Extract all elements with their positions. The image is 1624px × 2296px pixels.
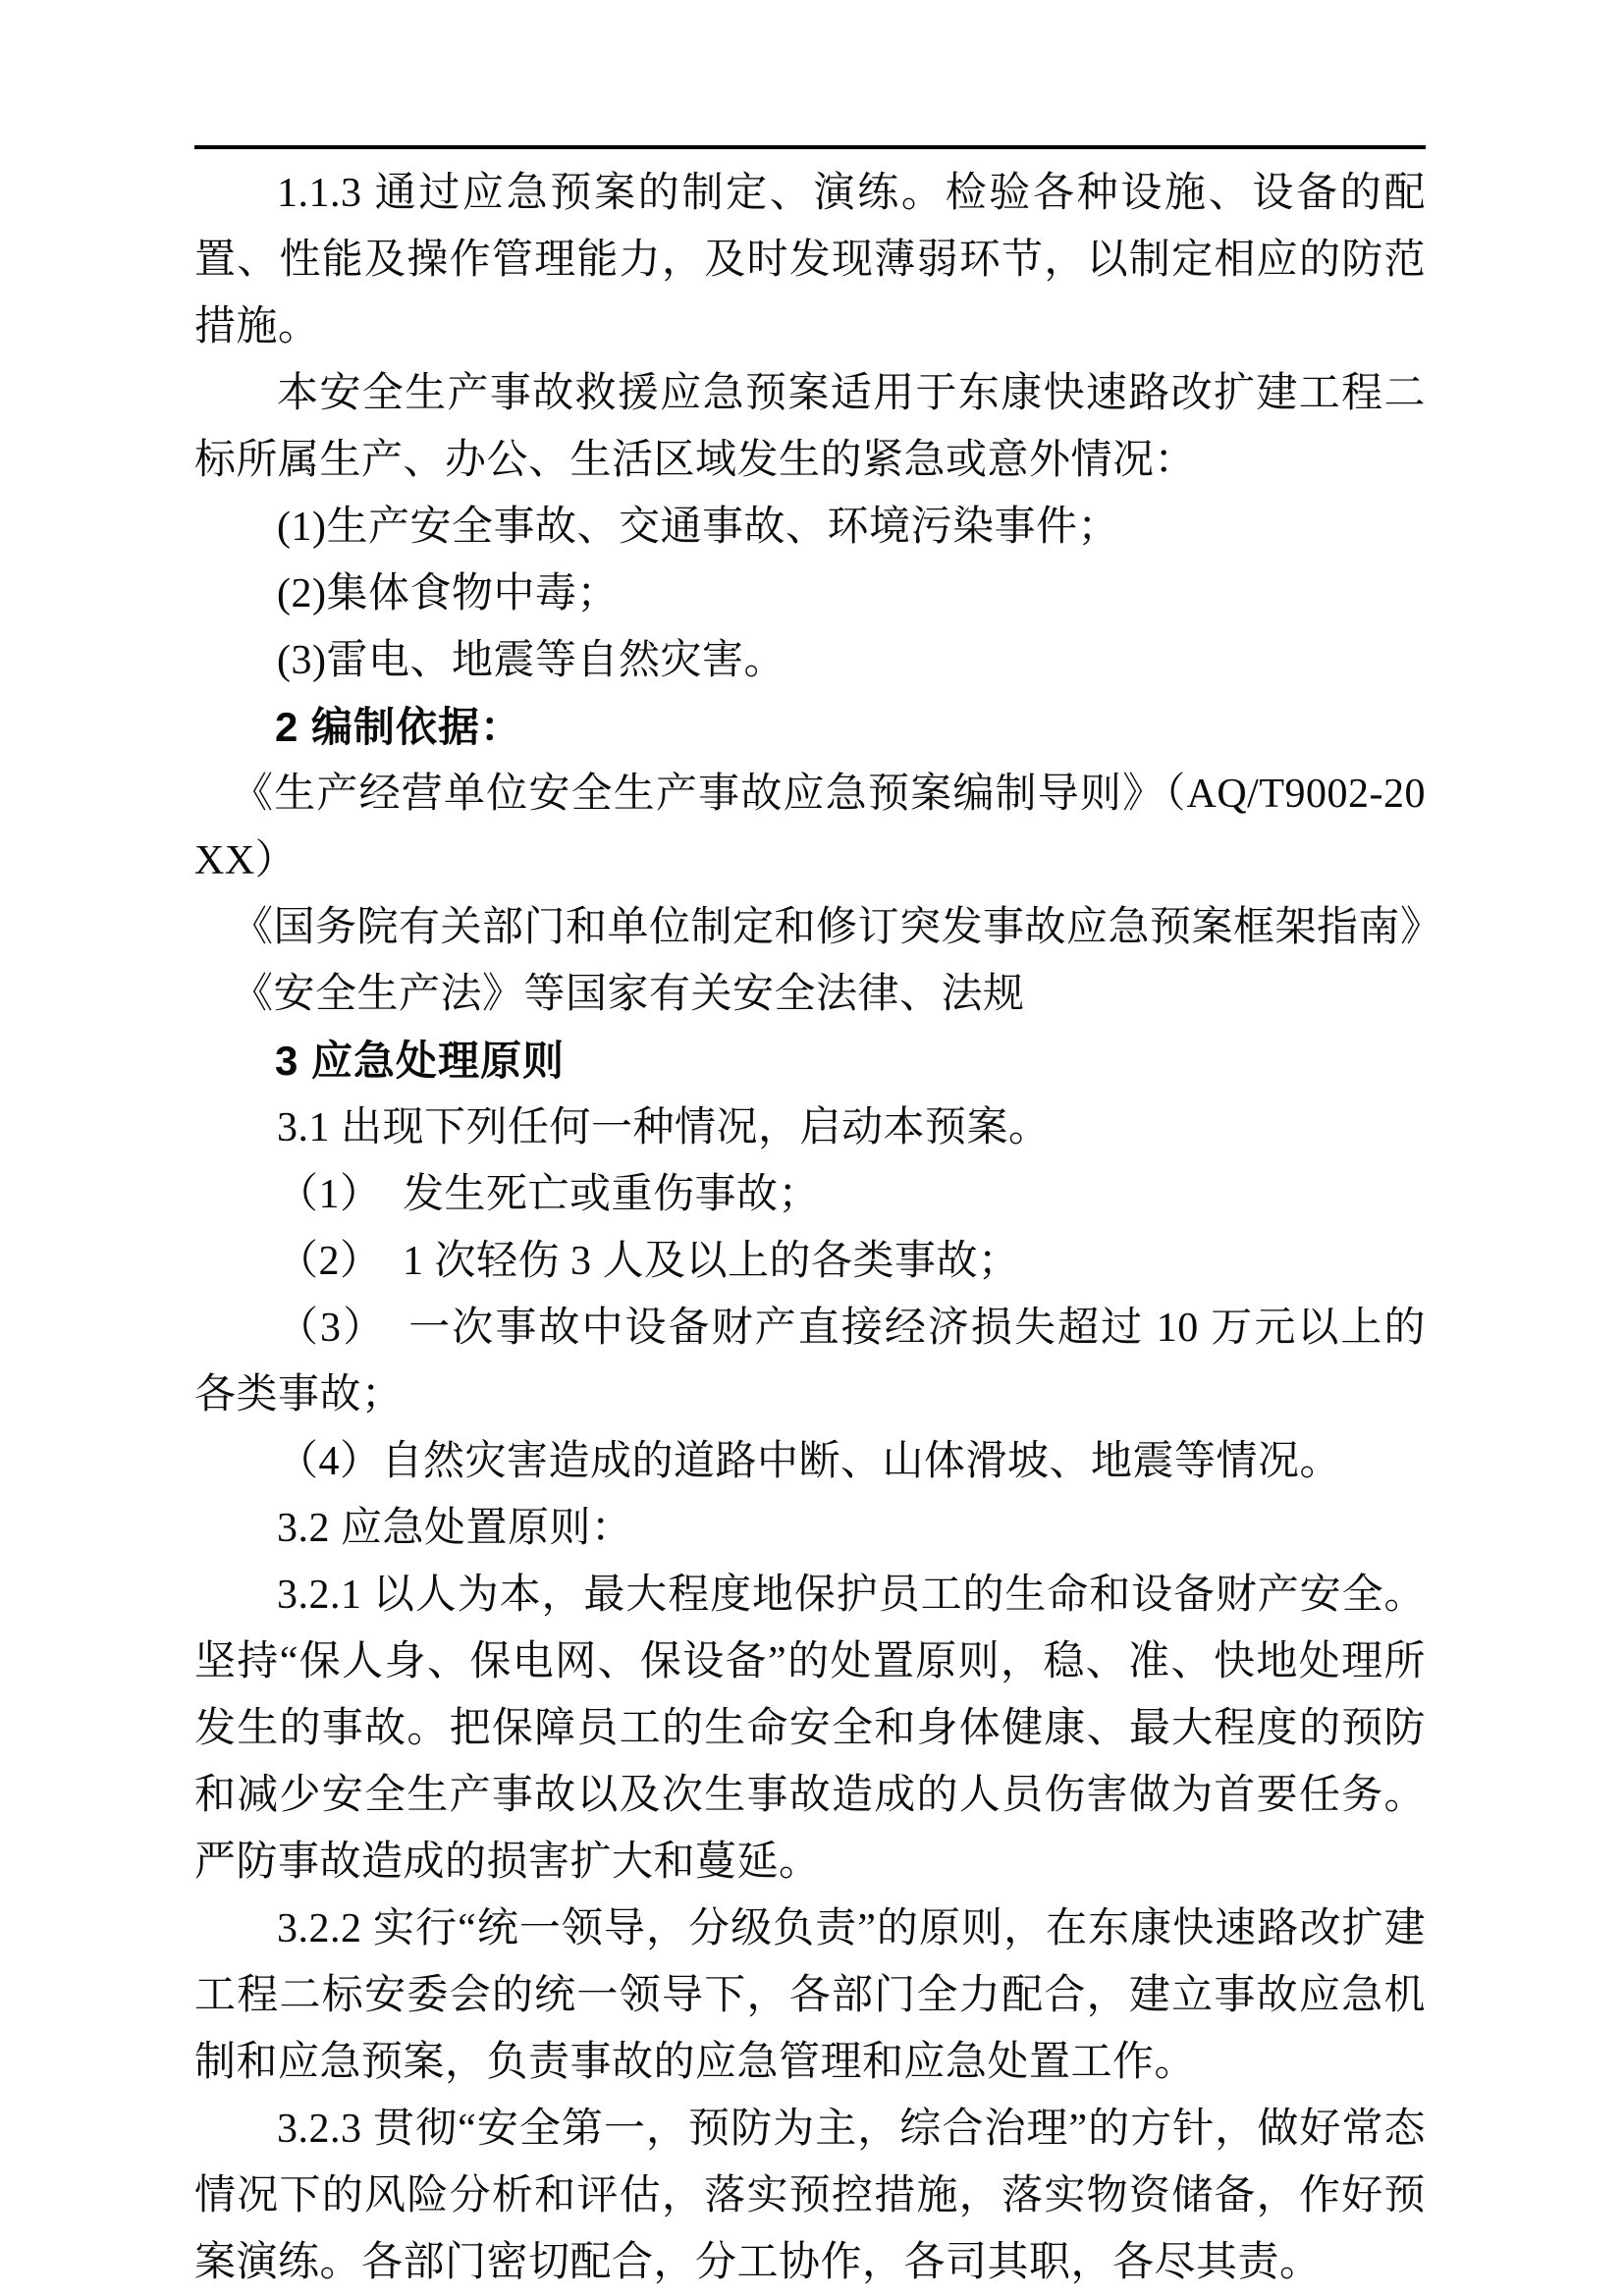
header-rule <box>194 145 1426 149</box>
paragraph: 1.1.3 通过应急预案的制定、演练。检验各种设施、设备的配置、性能及操作管理能… <box>194 160 1426 360</box>
paragraph: 3.1 出现下列任何一种情况，启动本预案。 <box>194 1095 1426 1161</box>
paragraph: (1)生产安全事故、交通事故、环境污染事件； <box>194 494 1426 561</box>
paragraph: (2)集体食物中毒； <box>194 561 1426 627</box>
paragraph: （1） 发生死亡或重伤事故； <box>194 1161 1426 1228</box>
paragraph: 《生产经营单位安全生产事故应急预案编制导则》（AQ/T9002-20XX） <box>194 761 1426 894</box>
paragraph: 3.2.2 实行“统一领导，分级负责”的原则，在东康快速路改扩建工程二标安委会的… <box>194 1896 1426 2096</box>
paragraph: 3.2.3 贯彻“安全第一，预防为主，综合治理”的方针，做好常态情况下的风险分析… <box>194 2096 1426 2296</box>
paragraph: 3.2.1 以人为本，最大程度地保护员工的生命和设备财产安全。坚持“保人身、保电… <box>194 1562 1426 1896</box>
section-heading: 2 编制依据： <box>194 694 1426 761</box>
paragraph: 《安全生产法》等国家有关安全法律、法规 <box>194 961 1426 1028</box>
paragraph: （2） 1 次轻伤 3 人及以上的各类事故； <box>194 1228 1426 1295</box>
document-body: 1.1.3 通过应急预案的制定、演练。检验各种设施、设备的配置、性能及操作管理能… <box>194 160 1426 2296</box>
paragraph: （3） 一次事故中设备财产直接经济损失超过 10 万元以上的各类事故； <box>194 1295 1426 1428</box>
paragraph: 《国务院有关部门和单位制定和修订突发事故应急预案框架指南》 <box>194 894 1426 961</box>
paragraph: （4）自然灾害造成的道路中断、山体滑坡、地震等情况。 <box>194 1428 1426 1495</box>
section-heading: 3 应急处理原则 <box>194 1028 1426 1095</box>
paragraph: 本安全生产事故救援应急预案适用于东康快速路改扩建工程二标所属生产、办公、生活区域… <box>194 360 1426 494</box>
paragraph: 3.2 应急处置原则： <box>194 1495 1426 1562</box>
document-page: 1.1.3 通过应急预案的制定、演练。检验各种设施、设备的配置、性能及操作管理能… <box>0 0 1624 2296</box>
paragraph: (3)雷电、地震等自然灾害。 <box>194 627 1426 694</box>
